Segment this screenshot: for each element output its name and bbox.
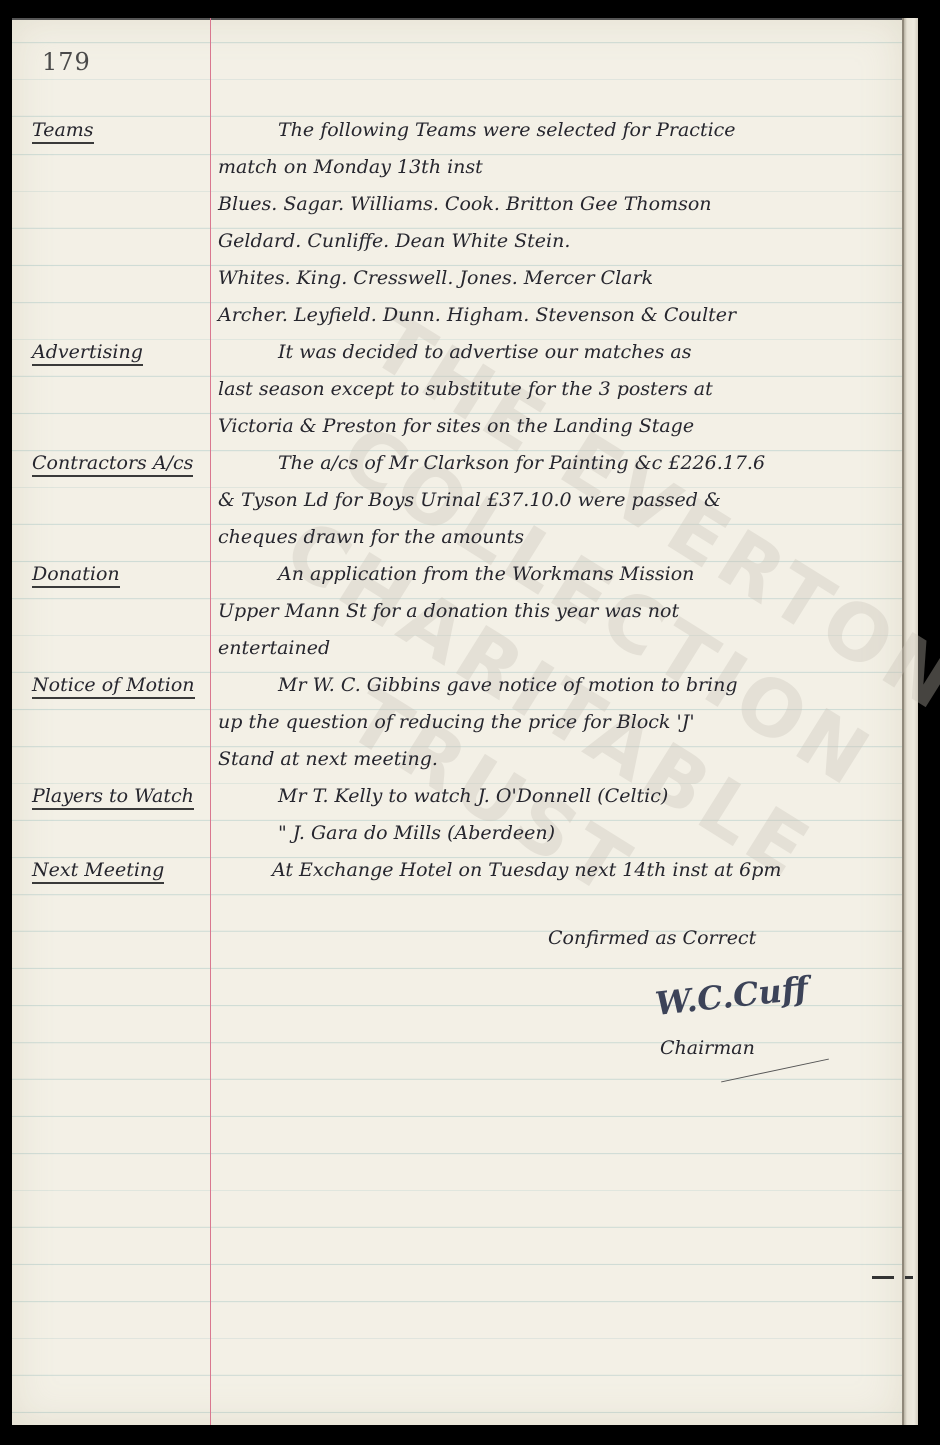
players-line-1: Mr T. Kelly to watch J. O'Donnell (Celti… — [218, 778, 668, 815]
teams-line-3: Blues. Sagar. Williams. Cook. Britton Ge… — [218, 186, 712, 223]
motion-line-1: Mr W. C. Gibbins gave notice of motion t… — [218, 667, 738, 704]
page-edge — [12, 18, 902, 20]
margin-heading-notice-of-motion: Notice of Motion — [32, 667, 207, 704]
teams-line-4: Geldard. Cunliffe. Dean White Stein. — [218, 223, 570, 260]
contractors-line-1: The a/cs of Mr Clarkson for Painting &c … — [218, 445, 765, 482]
teams-line-2: match on Monday 13th inst — [218, 149, 483, 186]
contractors-line-2: & Tyson Ld for Boys Urinal £37.10.0 were… — [218, 482, 721, 519]
teams-line-1: The following Teams were selected for Pr… — [218, 112, 736, 149]
edge-mark — [872, 1276, 894, 1279]
confirmation-text: Confirmed as Correct — [548, 920, 756, 957]
players-line-2: " J. Gara do Mills (Aberdeen) — [218, 815, 555, 852]
margin-heading-players-to-watch: Players to Watch — [32, 778, 207, 815]
book-binding-strip — [902, 18, 918, 1425]
teams-line-5: Whites. King. Cresswell. Jones. Mercer C… — [218, 260, 653, 297]
motion-line-3: Stand at next meeting. — [218, 741, 438, 778]
margin-heading-next-meeting: Next Meeting — [32, 852, 207, 889]
advertising-line-2: last season except to substitute for the… — [218, 371, 713, 408]
advertising-line-1: It was decided to advertise our matches … — [218, 334, 691, 371]
red-margin-line — [210, 18, 211, 1425]
margin-heading-contractors: Contractors A/cs — [32, 445, 207, 482]
donation-line-1: An application from the Workmans Mission — [218, 556, 694, 593]
margin-heading-donation: Donation — [32, 556, 207, 593]
advertising-line-3: Victoria & Preston for sites on the Land… — [218, 408, 694, 445]
donation-line-2: Upper Mann St for a donation this year w… — [218, 593, 679, 630]
contractors-line-3: cheques drawn for the amounts — [218, 519, 524, 556]
margin-heading-advertising: Advertising — [32, 334, 207, 371]
next-meeting-line-1: At Exchange Hotel on Tuesday next 14th i… — [272, 852, 781, 889]
chairman-title: Chairman — [660, 1030, 755, 1067]
donation-line-3: entertained — [218, 630, 330, 667]
page-number: 179 — [42, 48, 91, 76]
motion-line-2: up the question of reducing the price fo… — [218, 704, 695, 741]
teams-line-6: Archer. Leyfield. Dunn. Higham. Stevenso… — [218, 297, 736, 334]
margin-heading-teams: Teams — [32, 112, 207, 149]
edge-mark — [905, 1276, 913, 1279]
